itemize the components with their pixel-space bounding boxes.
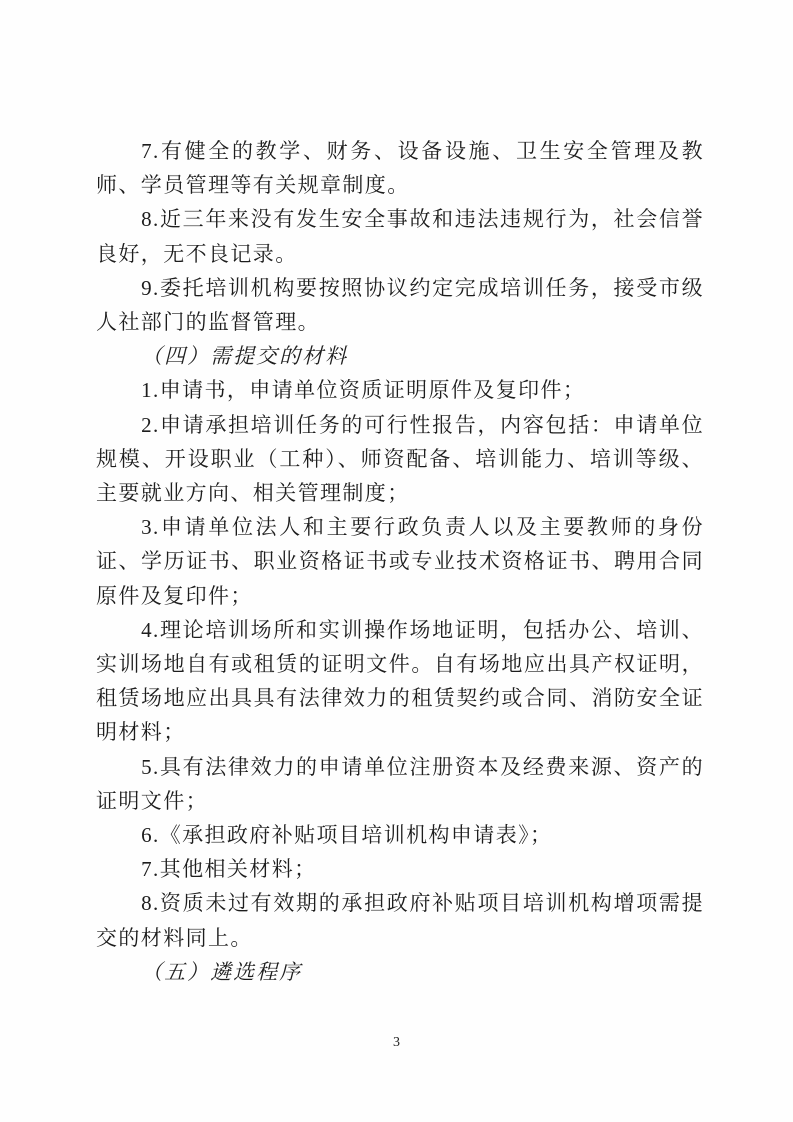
material-2-feasibility-report: 2.申请承担培训任务的可行性报告，内容包括：申请单位规模、开设职业（工种）、师资… — [96, 408, 704, 511]
material-4-site-proof: 4.理论培训场所和实训操作场地证明，包括办公、培训、实训场地自有或租赁的证明文件… — [96, 613, 704, 750]
material-6-application-form: 6.《承担政府补贴项目培训机构申请表》； — [96, 818, 704, 852]
material-3-credentials: 3.申请单位法人和主要行政负责人以及主要教师的身份证、学历证书、职业资格证书或专… — [96, 510, 704, 613]
section-heading-materials: （四）需提交的材料 — [96, 339, 704, 373]
material-7-other: 7.其他相关材料； — [96, 852, 704, 886]
clause-8-safety-record: 8.近三年来没有发生安全事故和违法违规行为，社会信誉良好，无不良记录。 — [96, 202, 704, 270]
clause-7-regulations: 7.有健全的教学、财务、设备设施、卫生安全管理及教师、学员管理等有关规章制度。 — [96, 134, 704, 202]
material-8-renewal-addition: 8.资质未过有效期的承担政府补贴项目培训机构增项需提交的材料同上。 — [96, 886, 704, 954]
clause-9-entrusted-training: 9.委托培训机构要按照协议约定完成培训任务，接受市级人社部门的监督管理。 — [96, 271, 704, 339]
document-page: 7.有健全的教学、财务、设备设施、卫生安全管理及教师、学员管理等有关规章制度。 … — [0, 0, 793, 1122]
material-5-capital-proof: 5.具有法律效力的申请单位注册资本及经费来源、资产的证明文件； — [96, 750, 704, 818]
section-heading-selection-procedure: （五）遴选程序 — [96, 955, 704, 989]
page-number: 3 — [0, 1033, 793, 1053]
document-body: 7.有健全的教学、财务、设备设施、卫生安全管理及教师、学员管理等有关规章制度。 … — [96, 134, 704, 989]
material-1-application: 1.申请书，申请单位资质证明原件及复印件； — [96, 373, 704, 407]
